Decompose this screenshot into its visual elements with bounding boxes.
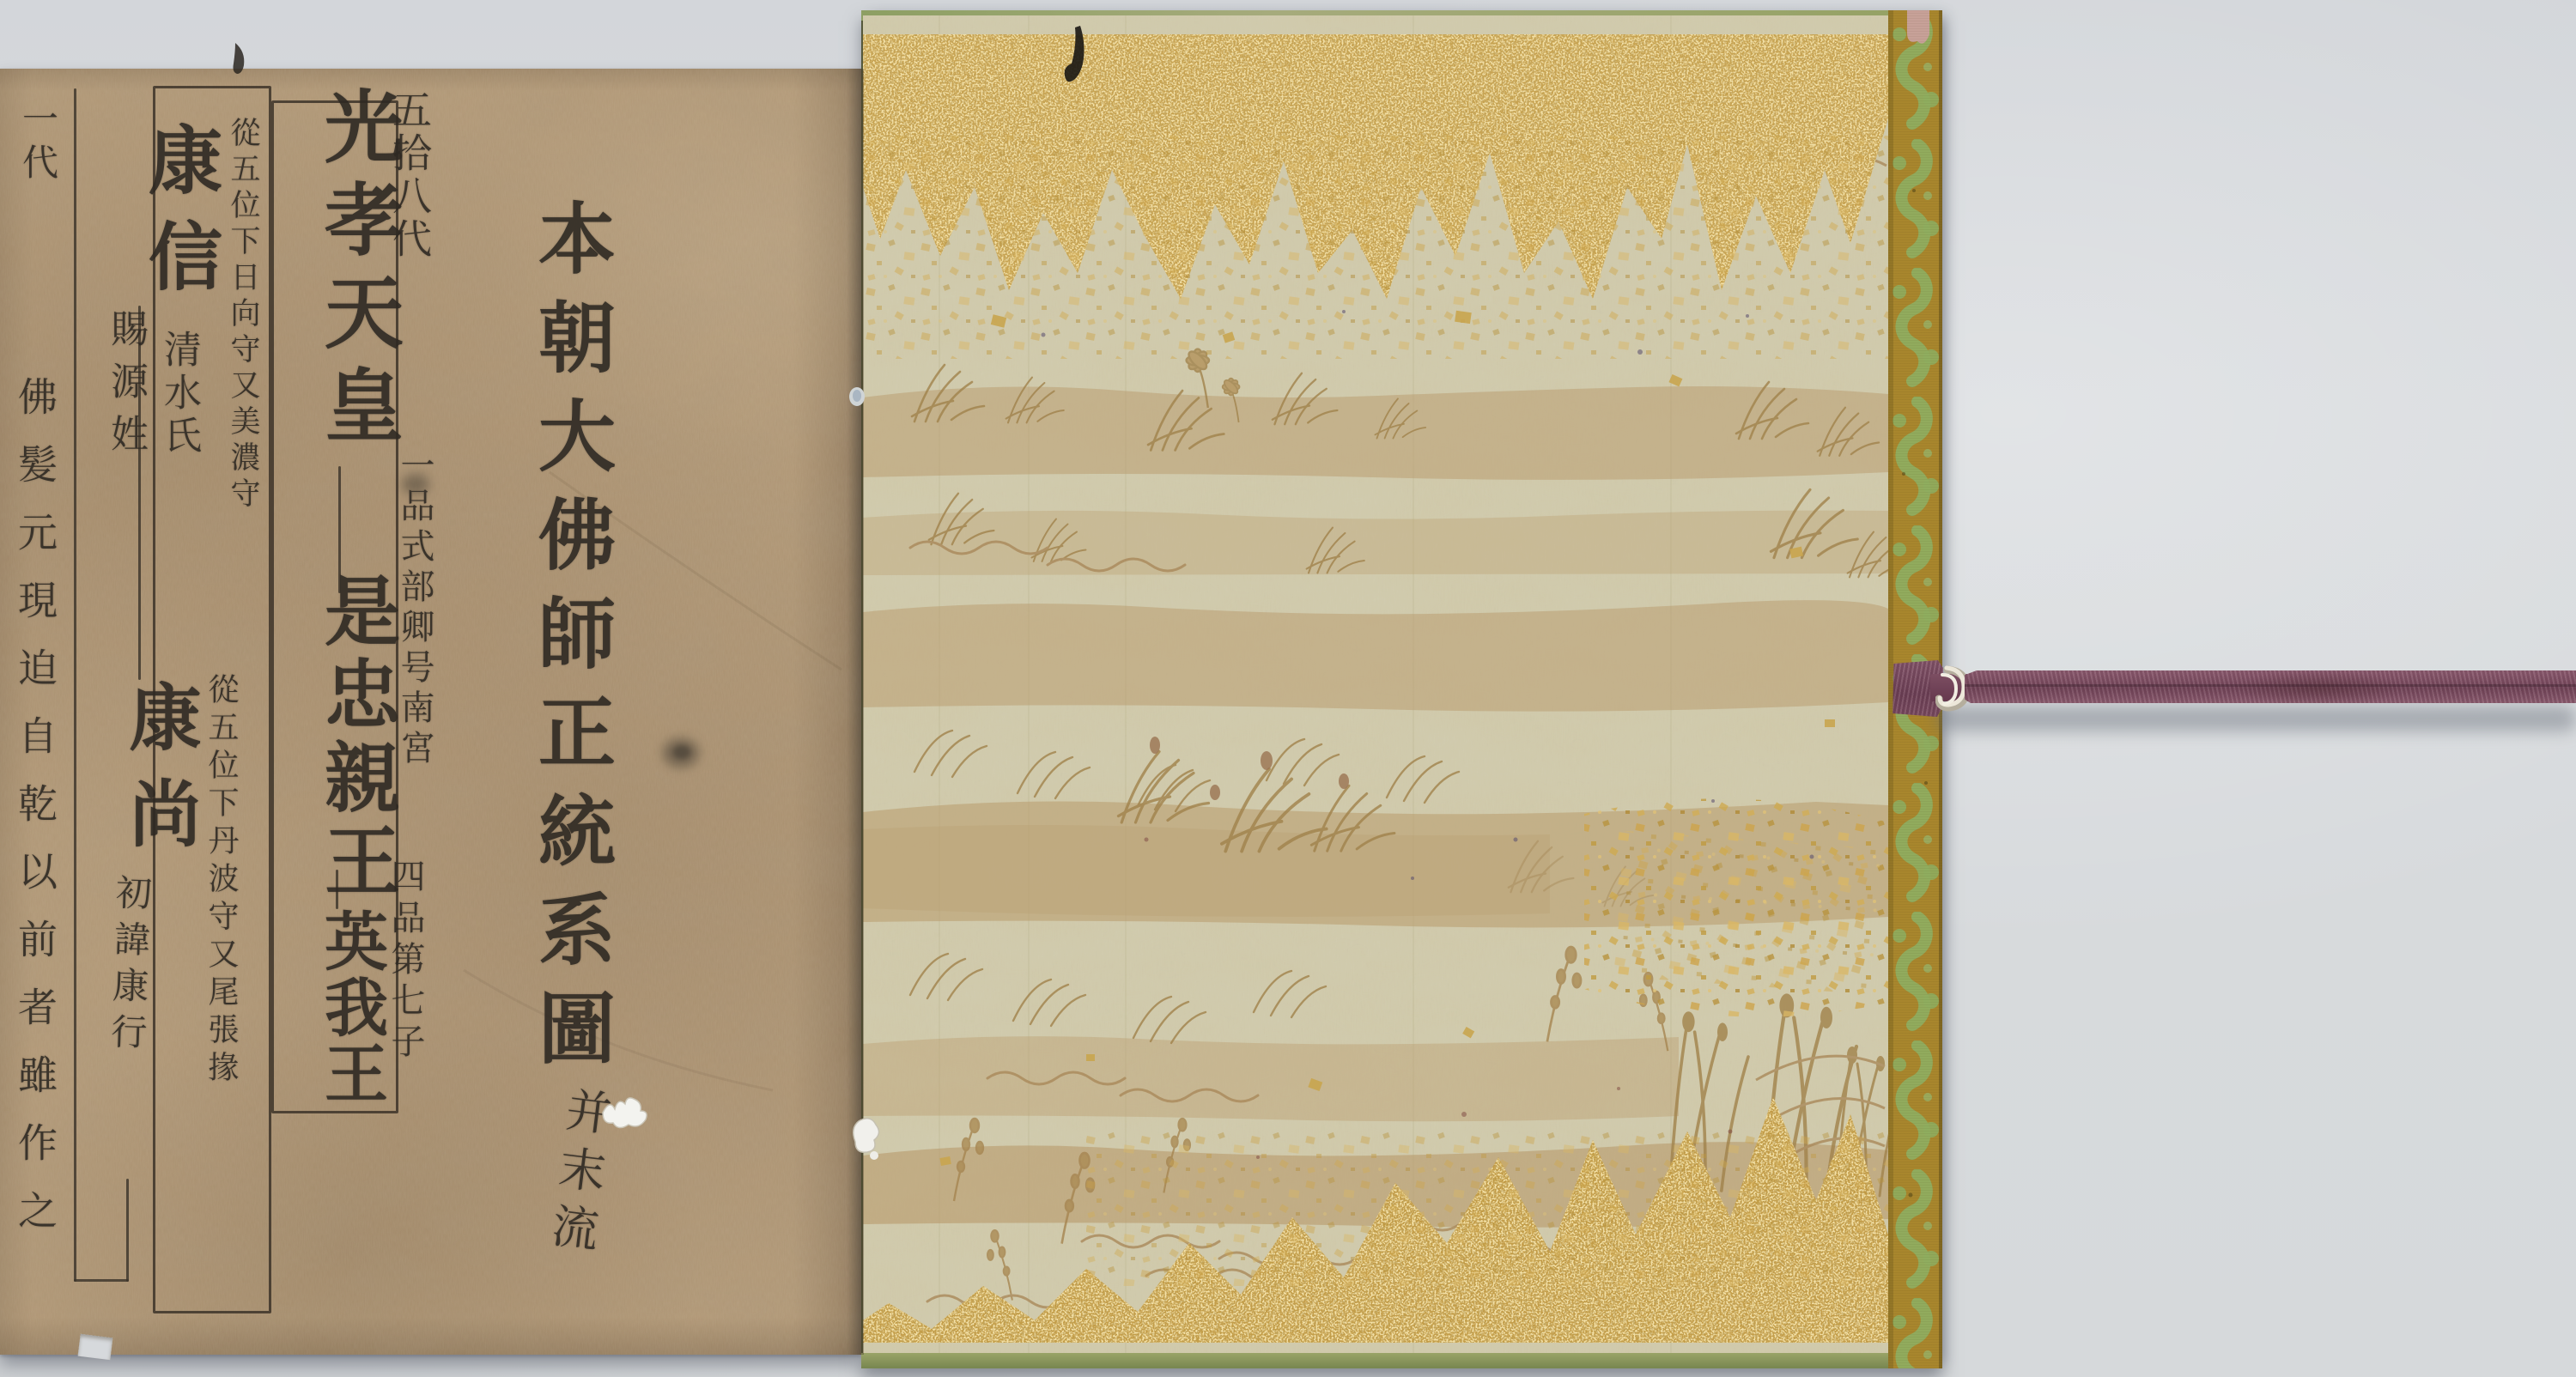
paper-damage-white	[598, 1092, 647, 1133]
ribbon	[1965, 670, 2576, 703]
cover-bottom-edge	[861, 1353, 1888, 1368]
generation-1-label: 一代	[12, 100, 64, 187]
gold-decorated-paper	[863, 15, 1888, 1353]
grandson-name: 英我王	[306, 908, 397, 1107]
frame-rule-left-a	[74, 88, 76, 1282]
clan-note: 清水氏	[151, 330, 206, 458]
title-column: 本朝大佛師正統系圖	[513, 198, 625, 1087]
photograph-of-manuscript: 本朝大佛師正統系圖 并末流 五拾八代 光孝天皇 一品式部卿号南宮 是忠親王 四品…	[0, 0, 2576, 1377]
ink-comma-mark	[1061, 24, 1096, 91]
frame-rule-left-bottom	[74, 1279, 129, 1282]
surname-grant-note: 賜源姓	[98, 309, 153, 466]
kosho-name: 康尚	[108, 680, 212, 872]
rank-note-lower: 從五位下丹波守又尾張掾	[199, 673, 243, 1089]
alias-note: 初諱康行	[100, 873, 158, 1060]
decorated-cover	[861, 10, 1942, 1368]
prince-koretada-name: 是忠親王	[302, 572, 410, 905]
ink-tick-mark	[228, 41, 254, 77]
ink-smudge-core	[673, 745, 690, 759]
paper-damage-seam	[848, 1114, 888, 1169]
emperor-koko-name: 光孝天皇	[301, 86, 414, 457]
koshin-name: 康信	[125, 122, 232, 314]
generation-1-note: 佛髪元現迫自乾以前者雖作之	[7, 376, 64, 1258]
ribbon-shadow	[1937, 706, 2576, 731]
seam-staple-speck	[847, 385, 869, 410]
ink-smudge-small	[402, 474, 429, 494]
paper-tear-notch	[78, 1334, 113, 1360]
frame-rule-left-b	[126, 1179, 129, 1282]
ribbon-groove	[1965, 684, 2576, 687]
